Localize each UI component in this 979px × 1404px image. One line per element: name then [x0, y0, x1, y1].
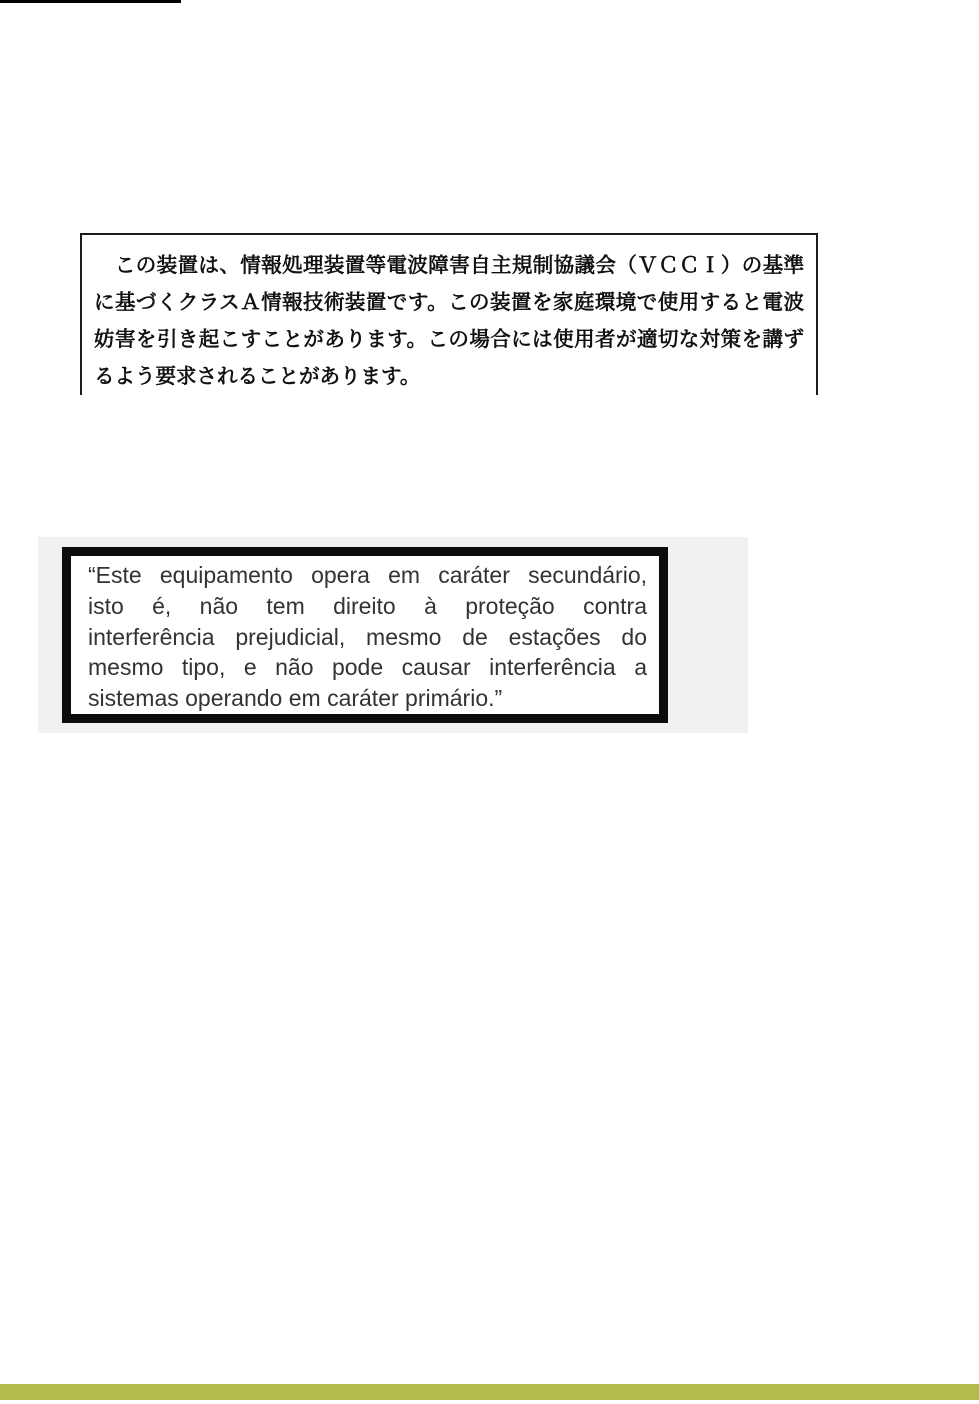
anatel-notice-line: “Este equipamento opera em caráter secun… [88, 560, 647, 591]
anatel-notice-line: interferência prejudicial, mesmo de esta… [88, 622, 647, 653]
document-page: この装置は、情報処理装置等電波障害自主規制協議会（ＶＣＣＩ）の基準 に基づくクラ… [0, 0, 979, 1404]
anatel-notice-line: sistemas operando em caráter primário.” [88, 683, 647, 714]
vcci-notice-line: 妨害を引き起こすことがあります。この場合には使用者が適切な対策を講ず [94, 321, 804, 358]
anatel-secondary-operation-notice-box: “Este equipamento opera em caráter secun… [62, 547, 668, 723]
footer-accent-bar [0, 1384, 979, 1400]
vcci-class-a-notice-box: この装置は、情報処理装置等電波障害自主規制協議会（ＶＣＣＩ）の基準 に基づくクラ… [80, 233, 818, 395]
vcci-notice-line: に基づくクラスＡ情報技術装置です。この装置を家庭環境で使用すると電波 [94, 284, 804, 321]
anatel-notice-line: isto é, não tem direito à proteção contr… [88, 591, 647, 622]
vcci-notice-line: この装置は、情報処理装置等電波障害自主規制協議会（ＶＣＣＩ）の基準 [94, 247, 804, 284]
anatel-notice-scan-background: “Este equipamento opera em caráter secun… [38, 537, 748, 733]
anatel-notice-line: mesmo tipo, e não pode causar interferên… [88, 652, 647, 683]
header-rule [0, 0, 181, 3]
vcci-notice-line: るよう要求されることがあります。 [94, 358, 804, 395]
